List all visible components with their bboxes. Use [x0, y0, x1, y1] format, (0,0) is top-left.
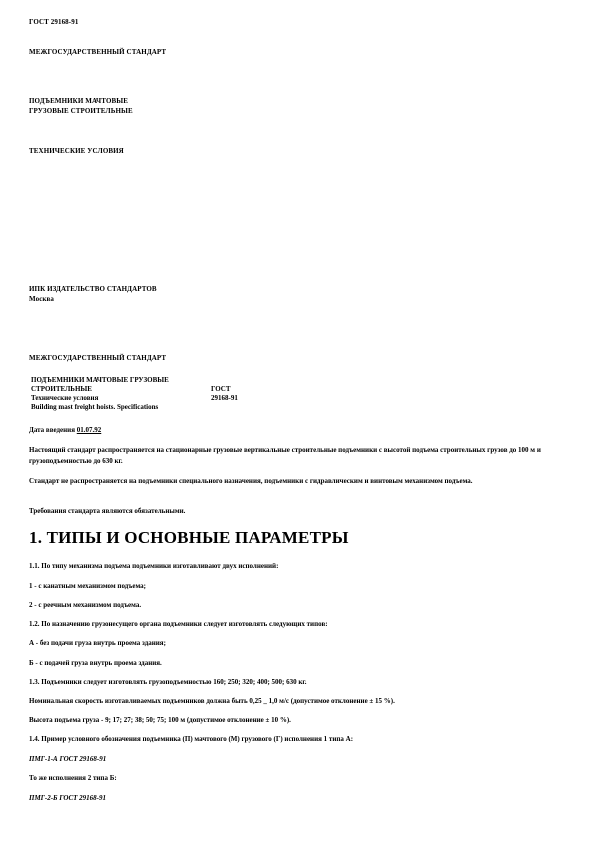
cover-title-line1: ПОДЪЕМНИКИ МАЧТОВЫЕ [29, 97, 128, 105]
clause-1-1: 1.1. По типу механизма подъема подъемник… [29, 562, 278, 571]
section-heading: 1. ТИПЫ И ОСНОВНЫЕ ПАРАМЕТРЫ [29, 528, 349, 548]
gost-label: ГОСТ [211, 385, 238, 394]
clause-1-1-item-1: 1 - с канатным механизмом подъема; [29, 582, 146, 591]
intro-paragraph-exclusions: Стандарт не распространяется на подъемни… [29, 476, 569, 487]
gost-number: 29168-91 [211, 394, 238, 403]
date-value[interactable]: 01.07.92 [77, 426, 102, 434]
title-ru-line1: ПОДЪЕМНИКИ МАЧТОВЫЕ ГРУЗОВЫЕ [31, 376, 211, 385]
clause-1-2-type-a: А - без подачи груза внутрь проема здани… [29, 639, 166, 648]
clause-1-3-height: Высота подъема груза - 9; 17; 27; 38; 50… [29, 716, 291, 725]
standard-type: МЕЖГОСУДАРСТВЕННЫЙ СТАНДАРТ [29, 48, 166, 56]
intro-paragraph-mandatory: Требования стандарта являются обязательн… [29, 506, 569, 517]
doc-code: ГОСТ 29168-91 [29, 18, 78, 26]
clause-1-4-variant: То же исполнения 2 типа Б: [29, 774, 117, 783]
cover-subtitle: ТЕХНИЧЕСКИЕ УСЛОВИЯ [29, 147, 124, 155]
cover-title-line2: ГРУЗОВЫЕ СТРОИТЕЛЬНЫЕ [29, 107, 133, 115]
publisher: ИПК ИЗДАТЕЛЬСТВО СТАНДАРТОВ [29, 285, 157, 293]
introduction-date: Дата введения 01.07.92 [29, 426, 101, 435]
intro-paragraph-scope: Настоящий стандарт распространяется на с… [29, 445, 569, 467]
clause-1-2-type-b: Б - с подачей груза внутрь проема здания… [29, 659, 162, 668]
title-en: Building mast freight hoists. Specificat… [31, 403, 211, 412]
publisher-city: Москва [29, 295, 54, 303]
title-ru-line2: СТРОИТЕЛЬНЫЕ [31, 385, 211, 394]
standard-header-table: ПОДЪЕМНИКИ МАЧТОВЫЕ ГРУЗОВЫЕ СТРОИТЕЛЬНЫ… [31, 376, 238, 412]
header-standard-type: МЕЖГОСУДАРСТВЕННЫЙ СТАНДАРТ [29, 354, 166, 362]
subtitle-ru: Технические условия [31, 394, 211, 403]
date-label: Дата введения [29, 426, 75, 434]
clause-1-3: 1.3. Подъемники следует изготовлять груз… [29, 678, 307, 687]
clause-1-3-speed: Номинальная скорость изготавливаемых под… [29, 697, 395, 706]
designation-example-2: ПМГ-2-Б ГОСТ 29168-91 [29, 794, 106, 803]
clause-1-4: 1.4. Пример условного обозначения подъем… [29, 735, 353, 744]
clause-1-1-item-2: 2 - с реечным механизмом подъема. [29, 601, 141, 610]
clause-1-2: 1.2. По назначению грузонесущего органа … [29, 620, 328, 629]
designation-example-1: ПМГ-1-А ГОСТ 29168-91 [29, 755, 106, 764]
